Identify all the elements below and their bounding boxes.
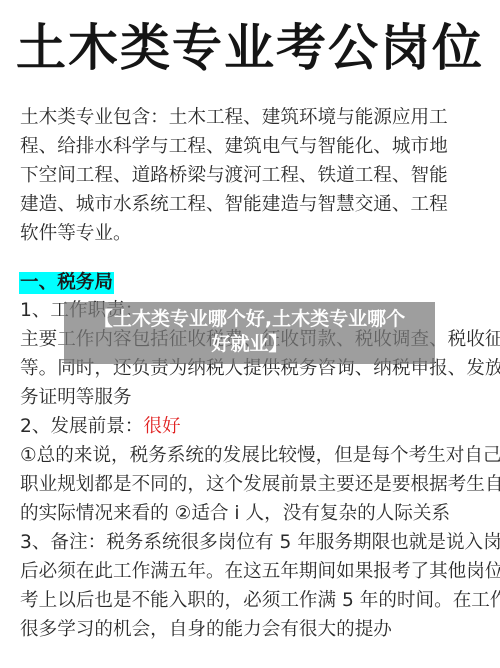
section-heading-tax-bureau: 一、税务局: [19, 272, 114, 294]
notes-line: 考上以后也是不能入职的，必须工作满 5 年的时间。在工作有: [20, 586, 485, 615]
notes-line: 后必须在此工作满五年。在这五年期间如果报考了其他岗位，: [20, 557, 485, 586]
caption-line-2: 好就业】: [64, 332, 435, 357]
caption-overlay: 【土木类专业哪个好,土木类专业哪个 好就业】: [64, 302, 435, 364]
prospect-label: 2、发展前景：: [20, 416, 143, 437]
intro-line: 下空间工程、道路桥梁与渡河工程、铁道工程、智能: [20, 161, 485, 190]
intro-line: 建造、城市水系统工程、智能建造与智慧交通、工程: [20, 190, 485, 219]
caption-line-1: 【土木类专业哪个好,土木类专业哪个: [64, 307, 435, 332]
prospect-value: 很好: [143, 416, 180, 437]
intro-line: 土木类专业包含：土木工程、建筑环境与能源应用工: [20, 103, 485, 132]
notes-line: 3、备注：税务系统很多岗位有 5 年服务期限也就是说入岗之: [20, 528, 485, 557]
intro-line: 程、给排水科学与工程、建筑电气与智能化、城市地: [20, 132, 485, 161]
notes-line: 很多学习的机会，自身的能力会有很大的提办: [20, 615, 485, 644]
prospect-detail-line: 职业规划都是不同的，这个发展前景主要还是要根据考生自己: [20, 470, 485, 499]
intro-line: 软件等专业。: [20, 219, 485, 248]
prospect-line: 2、发展前景：很好: [20, 412, 485, 441]
prospect-detail-line: ①总的来说，税务系统的发展比较慢，但是每个考生对自己的: [20, 441, 485, 470]
prospect-detail-line: 的实际情况来看的 ②适合 i 人，没有复杂的人际关系: [20, 499, 485, 528]
page-title: 土木类专业考公岗位: [0, 18, 500, 78]
duties-line: 务证明等服务: [20, 383, 485, 412]
intro-paragraph: 土木类专业包含：土木工程、建筑环境与能源应用工 程、给排水科学与工程、建筑电气与…: [20, 103, 485, 248]
